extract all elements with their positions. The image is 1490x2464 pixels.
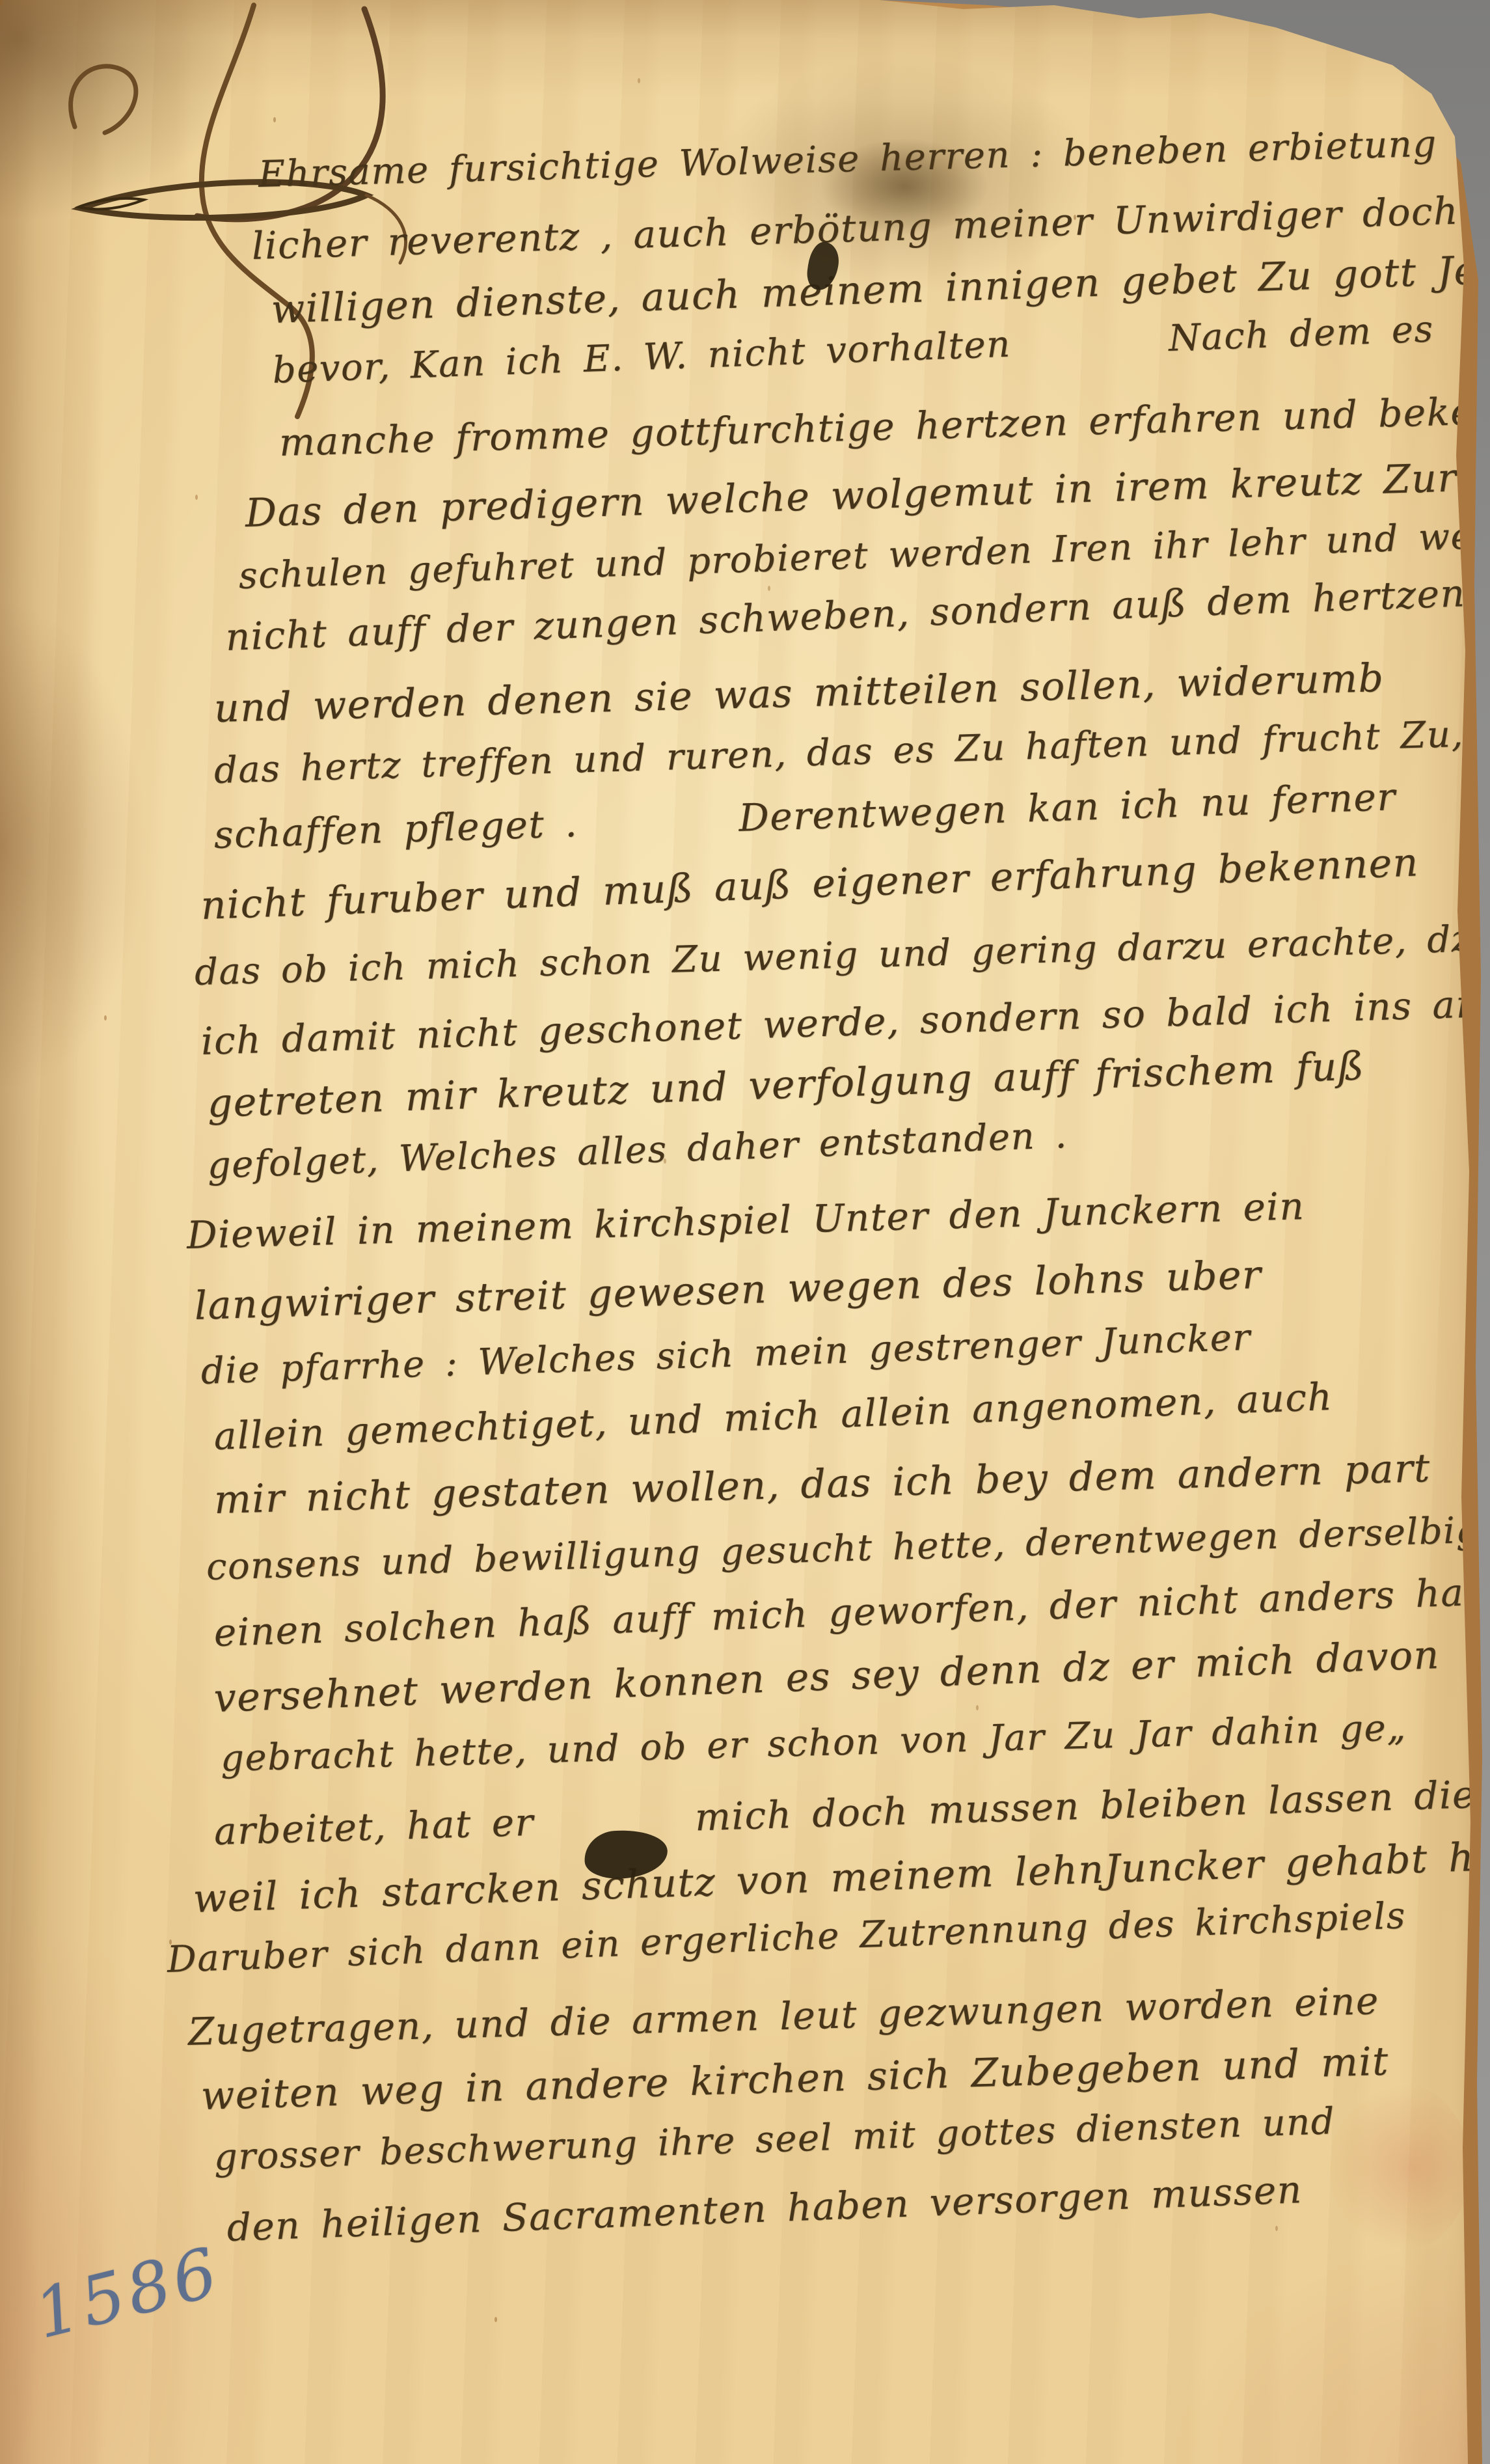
manuscript-line-25: gebracht hette, und ob er schon von Jar …	[220, 1706, 1407, 1780]
manuscript-page: Ehrsame fursichtige Wolweise herren : be…	[0, 0, 1490, 2464]
manuscript-line-32: den heiligen Sacramenten haben versorgen…	[226, 2167, 1303, 2250]
year-annotation: 1586	[27, 2232, 229, 2354]
manuscript-line-11: schaffen pfleget . Derentwegen kan ich n…	[213, 774, 1397, 857]
paper-flecks	[0, 0, 3, 5]
manuscript-line-29: Zugetragen, und die armen leut gezwungen…	[187, 1978, 1379, 2054]
manuscript-line-12: nicht furuber und muß auß eigener erfahr…	[200, 840, 1420, 929]
manuscript-line-19: die pfarrhe : Welches sich mein gestreng…	[200, 1317, 1252, 1393]
manuscript-line-18: langwiriger streit gewesen wegen des loh…	[194, 1252, 1262, 1328]
manuscript-line-5: manche fromme gottfurchtige hertzen erfa…	[278, 387, 1490, 465]
manuscript-line-13: das ob ich mich schon Zu wenig und gerin…	[194, 918, 1472, 994]
ink-smudge	[820, 138, 989, 236]
manuscript-line-17: Dieweil in meinem kirchspiel Unter den J…	[186, 1184, 1305, 1257]
manuscript-line-16: gefolget, Welches alles daher entstanden…	[207, 1114, 1068, 1186]
paper-stain	[1327, 2083, 1470, 2252]
manuscript-line-21: mir nicht gestaten wollen, das ich bey d…	[213, 1445, 1431, 1523]
